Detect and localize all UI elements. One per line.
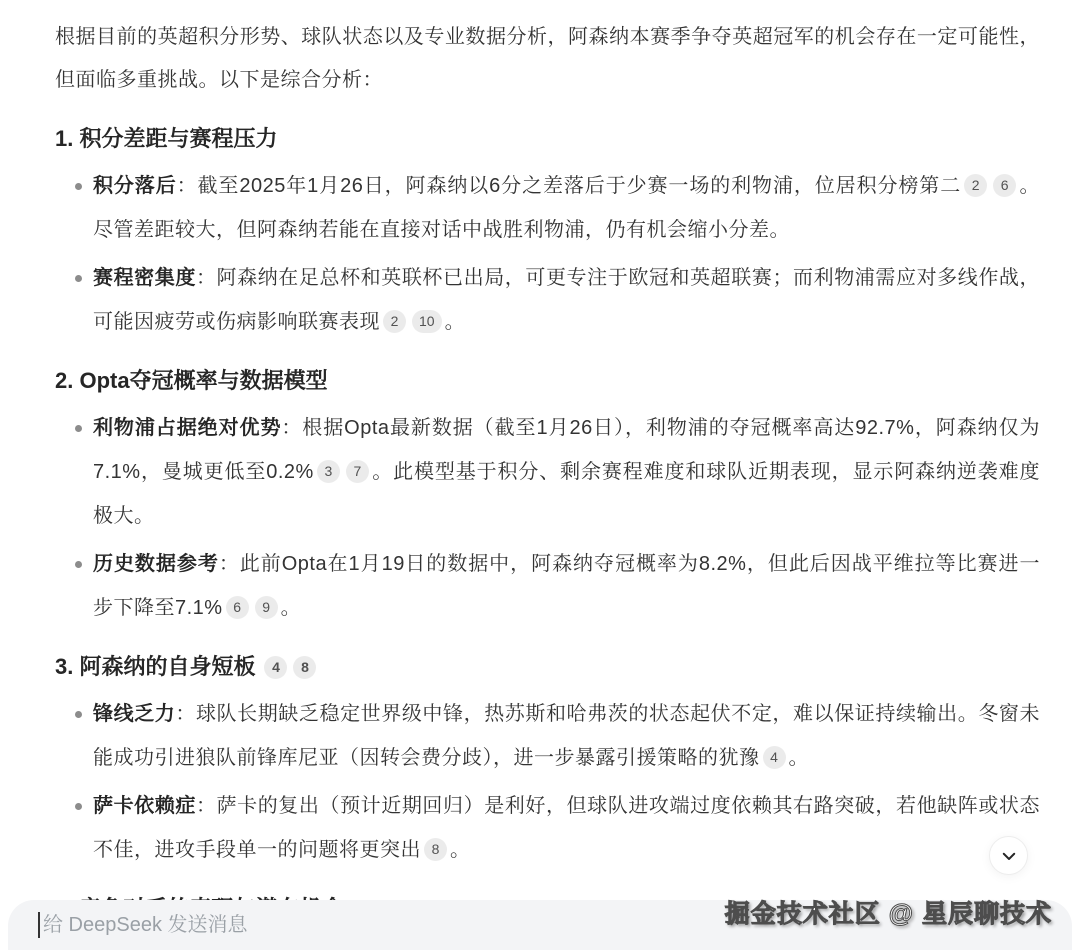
bullet-item: 利物浦占据绝对优势：根据Opta最新数据（截至1月26日），利物浦的夺冠概率高达… [55, 406, 1040, 538]
bullet-item: 赛程密集度：阿森纳在足总杯和英联杯已出局，可更专注于欧冠和英超联赛；而利物浦需应… [55, 256, 1040, 344]
bullet-dot [75, 803, 82, 810]
bullet-dot [75, 425, 82, 432]
citation-badge[interactable]: 6 [226, 596, 249, 619]
bullet-item: 历史数据参考：此前Opta在1月19日的数据中，阿森纳夺冠概率为8.2%，但此后… [55, 542, 1040, 630]
citation-badge[interactable]: 7 [346, 460, 369, 483]
section-heading-text: 3. 阿森纳的自身短板 [55, 652, 255, 682]
bullet-text: 。 [789, 747, 810, 769]
bullet-label: 利物浦占据绝对优势 [93, 417, 281, 439]
text-cursor [38, 912, 40, 938]
bullet-list: 利物浦占据绝对优势：根据Opta最新数据（截至1月26日），利物浦的夺冠概率高达… [55, 406, 1040, 630]
chat-transcript: 根据目前的英超积分形势、球队状态以及专业数据分析，阿森纳本赛季争夺英超冠军的机会… [0, 0, 1080, 900]
section-heading: 3. 阿森纳的自身短板48 [55, 652, 1040, 682]
citation-badge[interactable]: 10 [412, 310, 442, 333]
chevron-down-icon [1000, 847, 1018, 865]
bullet-text: ：阿森纳在足总杯和英联杯已出局，可更专注于欧冠和英超联赛；而利物浦需应对多线作战… [93, 267, 1040, 333]
message-composer[interactable]: 给 DeepSeek 发送消息 [8, 900, 1072, 950]
bullet-dot [75, 183, 82, 190]
citation-badge[interactable]: 9 [255, 596, 278, 619]
bullet-list: 锋线乏力：球队长期缺乏稳定世界级中锋，热苏斯和哈弗茨的状态起伏不定，难以保证持续… [55, 692, 1040, 872]
bullet-text: 。 [450, 839, 471, 861]
citation-badge[interactable]: 6 [993, 174, 1016, 197]
response-intro: 根据目前的英超积分形势、球队状态以及专业数据分析，阿森纳本赛季争夺英超冠军的机会… [55, 16, 1040, 102]
bullet-label: 积分落后 [93, 175, 177, 197]
bullet-list: 积分落后：截至2025年1月26日，阿森纳以6分之差落后于少赛一场的利物浦，位居… [55, 164, 1040, 344]
section-heading-text: 2. Opta夺冠概率与数据模型 [55, 366, 328, 396]
bullet-item: 积分落后：截至2025年1月26日，阿森纳以6分之差落后于少赛一场的利物浦，位居… [55, 164, 1040, 252]
scroll-to-bottom-button[interactable] [989, 836, 1028, 875]
bullet-label: 赛程密集度 [93, 267, 196, 289]
composer-placeholder: 给 DeepSeek 发送消息 [43, 912, 248, 939]
section-heading: 1. 积分差距与赛程压力 [55, 124, 1040, 154]
citation-badge[interactable]: 4 [763, 746, 786, 769]
chat-page: 根据目前的英超积分形势、球队状态以及专业数据分析，阿森纳本赛季争夺英超冠军的机会… [0, 0, 1080, 950]
bullet-text: ：萨卡的复出（预计近期回归）是利好，但球队进攻端过度依赖其右路突破，若他缺阵或状… [93, 795, 1040, 861]
bullet-text: ：截至2025年1月26日，阿森纳以6分之差落后于少赛一场的利物浦，位居积分榜第… [177, 175, 961, 197]
bullet-item: 萨卡依赖症：萨卡的复出（预计近期回归）是利好，但球队进攻端过度依赖其右路突破，若… [55, 784, 1040, 872]
response-sections: 1. 积分差距与赛程压力积分落后：截至2025年1月26日，阿森纳以6分之差落后… [55, 124, 1040, 924]
bullet-item: 锋线乏力：球队长期缺乏稳定世界级中锋，热苏斯和哈弗茨的状态起伏不定，难以保证持续… [55, 692, 1040, 780]
bullet-dot [75, 711, 82, 718]
citation-badge[interactable]: 8 [293, 656, 316, 679]
bullet-label: 萨卡依赖症 [93, 795, 196, 817]
bullet-dot [75, 275, 82, 282]
bullet-text: ：球队长期缺乏稳定世界级中锋，热苏斯和哈弗茨的状态起伏不定，难以保证持续输出。冬… [93, 703, 1040, 769]
section-heading-text: 1. 积分差距与赛程压力 [55, 124, 277, 154]
bullet-text: 。 [445, 311, 466, 333]
citation-badge[interactable]: 2 [383, 310, 406, 333]
citation-badge[interactable]: 4 [264, 656, 287, 679]
section-heading: 2. Opta夺冠概率与数据模型 [55, 366, 1040, 396]
citation-badge[interactable]: 8 [424, 838, 447, 861]
bullet-label: 历史数据参考 [93, 553, 219, 575]
bullet-dot [75, 561, 82, 568]
bullet-text: 。 [281, 597, 302, 619]
citation-badge[interactable]: 3 [317, 460, 340, 483]
bullet-label: 锋线乏力 [93, 703, 175, 725]
citation-badge[interactable]: 2 [964, 174, 987, 197]
